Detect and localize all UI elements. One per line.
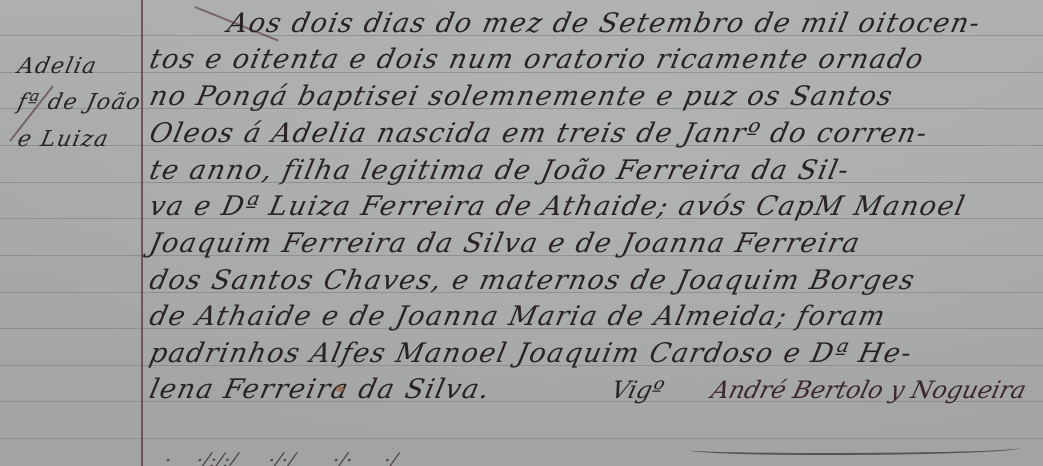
record-line: lena Ferreira da Silva.: [147, 374, 494, 405]
record-line: de Athaide e de Joanna Maria de Almeida;…: [147, 301, 889, 332]
record-line: padrinhos Alfes Manoel Joaquim Cardoso e…: [147, 338, 916, 369]
record-line: te anno, filha legitima de João Ferreira…: [147, 155, 853, 186]
signature-name: André Bertolo y Nogueira: [709, 376, 1030, 404]
margin-note-line: Adelia: [15, 54, 100, 79]
margin-note-line: fª de João: [15, 90, 143, 115]
record-line: va e Dª Luiza Ferreira de Athaide; avós …: [147, 191, 969, 222]
ink-stain: [336, 386, 344, 392]
record-line: Aos dois dias do mez de Setembro de mil …: [225, 8, 984, 39]
record-line: tos e oitenta e dois num oratorio ricame…: [147, 44, 928, 75]
margin-note-line: e Luiza: [15, 127, 111, 152]
ruled-line: [0, 438, 1043, 439]
manuscript-page: Adelia fª de João e Luiza Aos dois dias …: [0, 0, 1043, 466]
signature-flourish: [690, 443, 1020, 455]
next-entry-partial: · ·/:/:/ ·/·/ ·/· ·/: [162, 448, 399, 466]
margin-line: [141, 0, 143, 466]
signature-title: Vigº: [609, 376, 667, 404]
record-line: no Pongá baptisei solemnemente e puz os …: [147, 81, 896, 112]
record-line: dos Santos Chaves, e maternos de Joaquim…: [147, 265, 919, 296]
record-line: Joaquim Ferreira da Silva e de Joanna Fe…: [147, 228, 864, 259]
record-line: Oleos á Adelia nascida em treis de Janrº…: [147, 118, 931, 149]
